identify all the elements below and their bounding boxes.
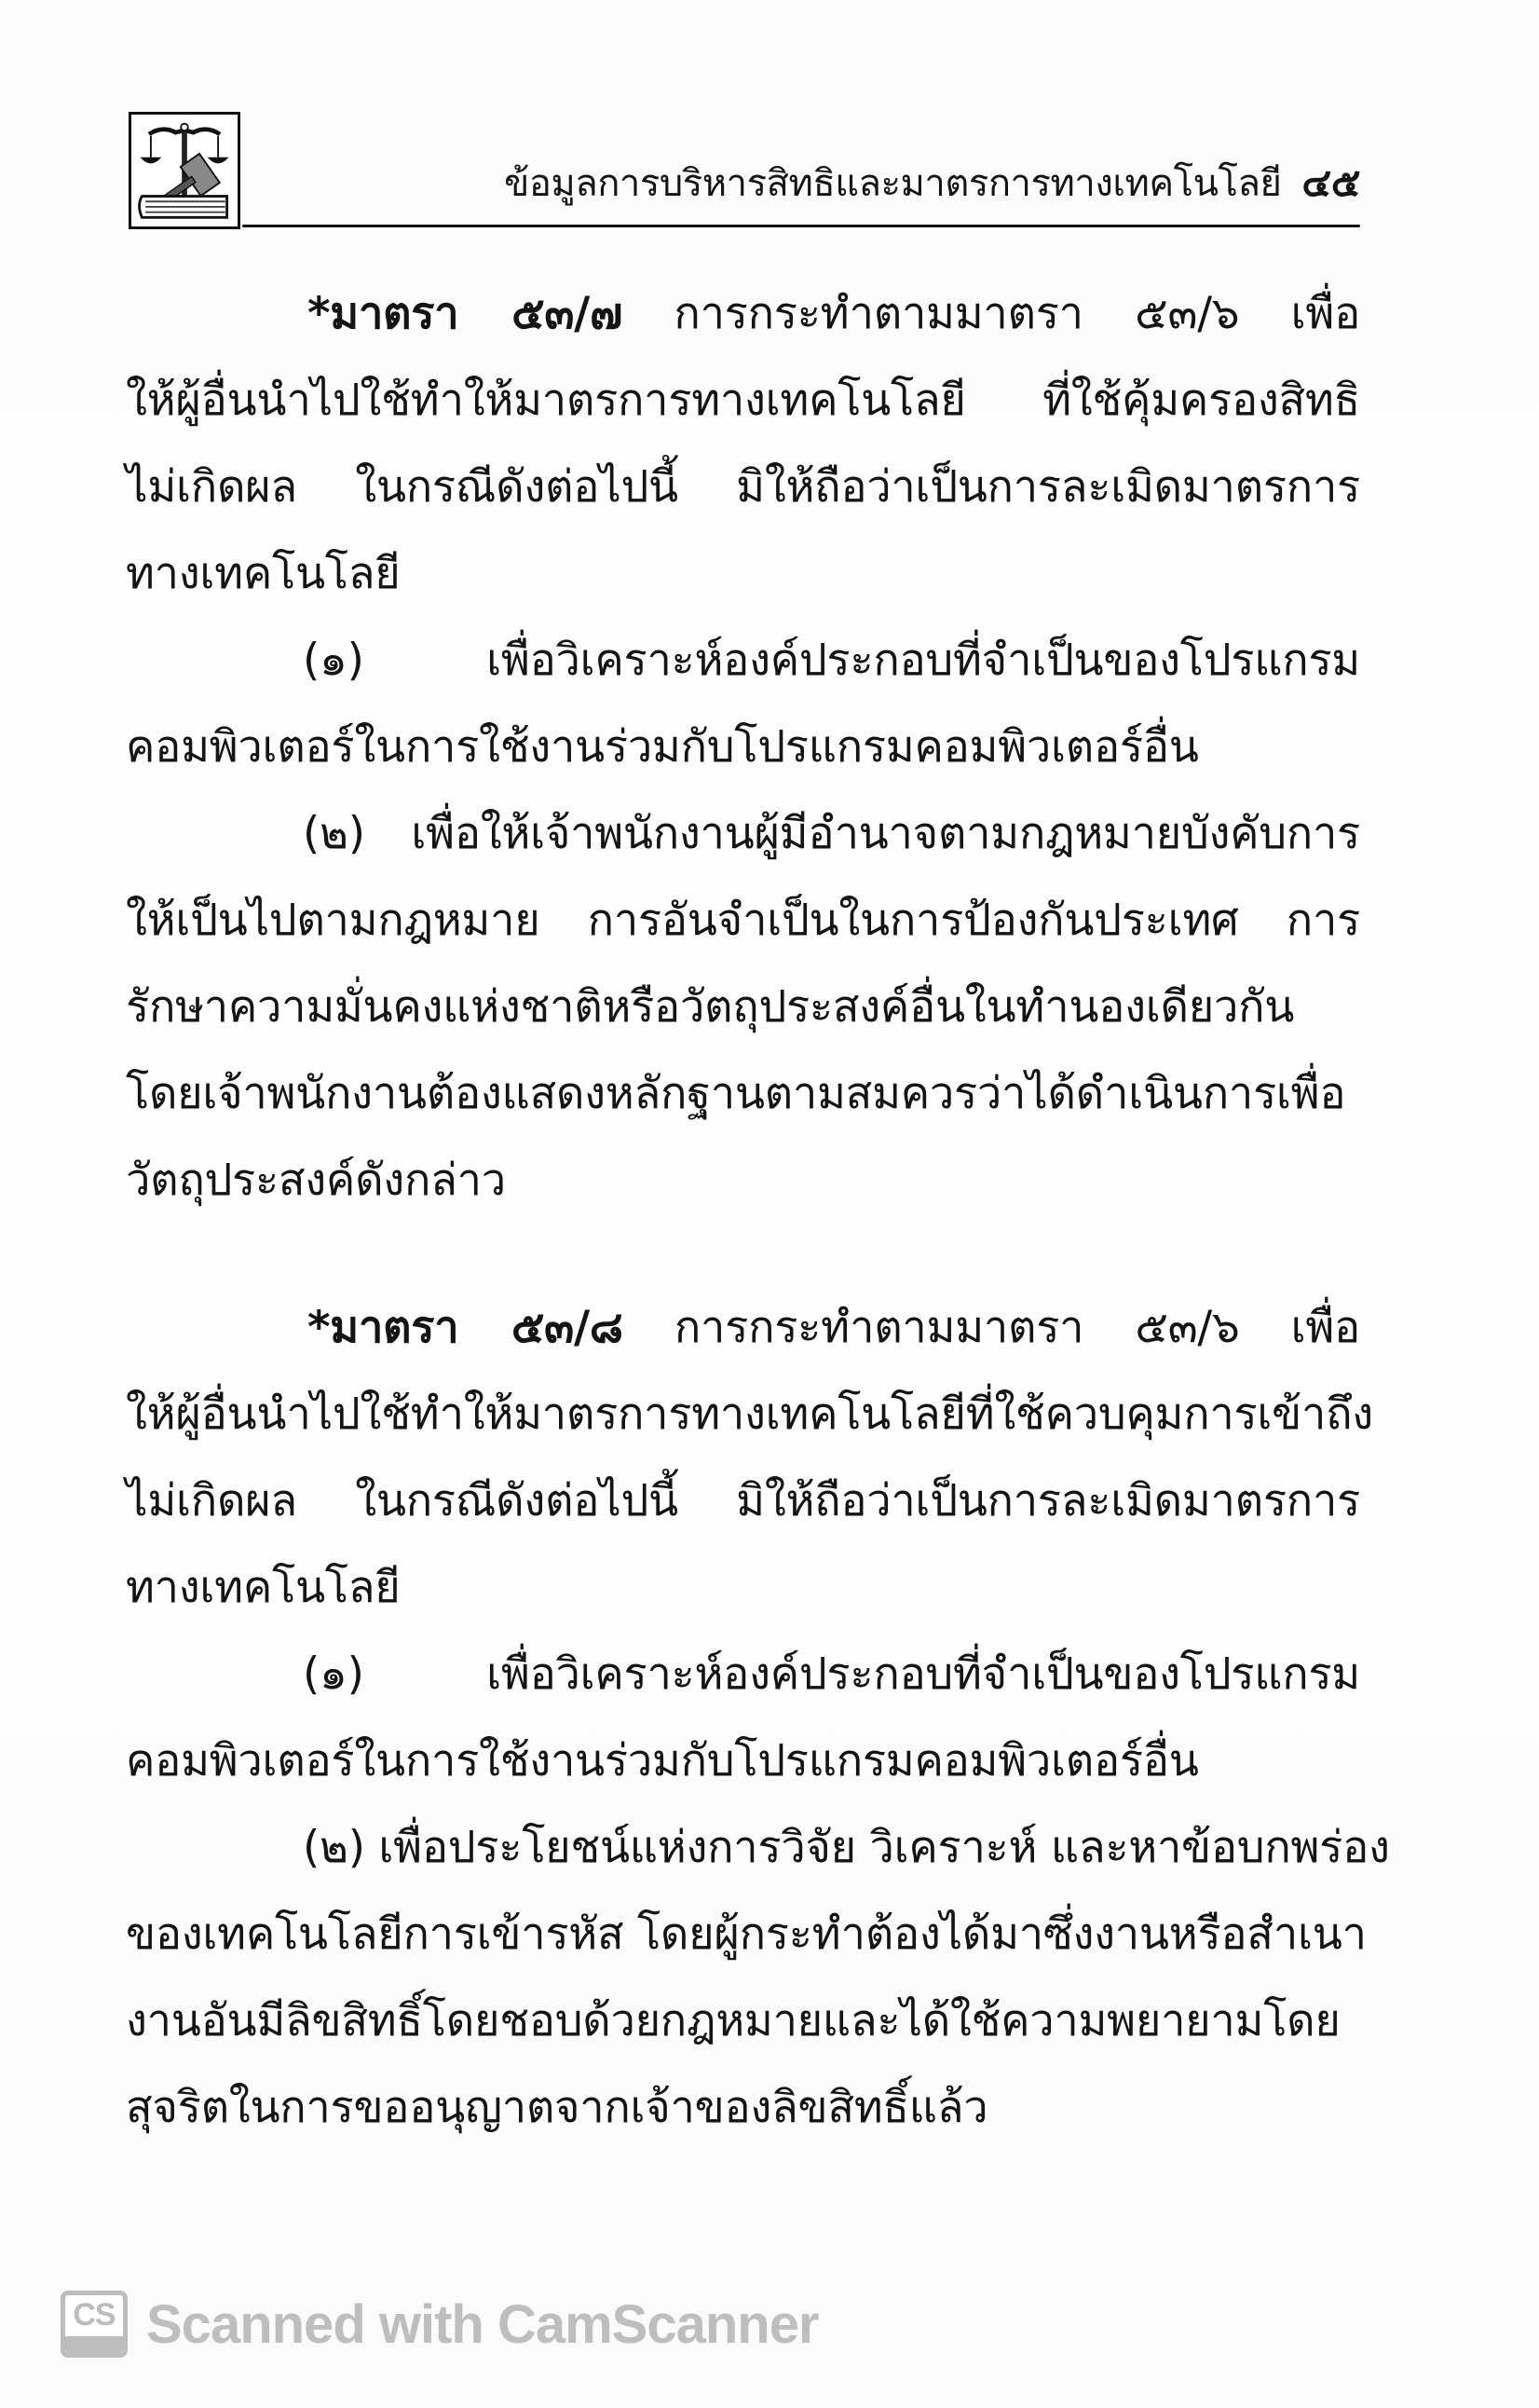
running-header: ข้อมูลการบริหารสิทธิและมาตรการทางเทคโนโล…: [504, 157, 1360, 210]
header-title: ข้อมูลการบริหารสิทธิและมาตรการทางเทคโนโล…: [504, 157, 1281, 210]
section-heading-line: *มาตรา ๕๓/๗ การกระทำตามมาตรา ๕๓/๖ เพื่อ: [126, 270, 1360, 357]
paragraph-line: โดยเจ้าพนักงานต้องแสดงหลักฐานตามสมควรว่า…: [126, 1050, 1360, 1137]
camscanner-watermark: CS Scanned with CamScanner: [61, 2291, 819, 2358]
list-item-2: (๒) เพื่อให้เจ้าพนักงานผู้มีอำนาจตามกฎหม…: [126, 790, 1360, 877]
scales-gavel-book-icon: [129, 112, 240, 229]
paragraph-line: ทางเทคโนโลยี: [126, 530, 1360, 617]
paragraph-line: ให้ผู้อื่นนำไปใช้ทำให้มาตรการทางเทคโนโลย…: [126, 1371, 1360, 1457]
scanned-page: ข้อมูลการบริหารสิทธิและมาตรการทางเทคโนโล…: [0, 0, 1539, 2408]
paragraph-line: ของเทคโนโลยีการเข้ารหัส โดยผู้กระทำต้องไ…: [126, 1891, 1360, 1977]
list-item-1: (๑) เพื่อวิเคราะห์องค์ประกอบที่จำเป็นของ…: [126, 1631, 1360, 1717]
paragraph-line: ทางเทคโนโลยี: [126, 1544, 1360, 1631]
paragraph-line: คอมพิวเตอร์ในการใช้งานร่วมกับโปรแกรมคอมพ…: [126, 704, 1360, 790]
watermark-text: Scanned with CamScanner: [146, 2293, 819, 2356]
list-item-2: (๒) เพื่อประโยชน์แห่งการวิจัย วิเคราะห์ …: [126, 1804, 1360, 1891]
paragraph-line: ไม่เกิดผล ในกรณีดังต่อไปนี้ มิให้ถือว่าเ…: [126, 444, 1360, 530]
paragraph-line: สุจริตในการขออนุญาตจากเจ้าของลิขสิทธิ์แล…: [126, 2064, 1360, 2151]
header-divider: [242, 225, 1360, 227]
list-item-1: (๑) เพื่อวิเคราะห์องค์ประกอบที่จำเป็นของ…: [126, 617, 1360, 704]
paragraph-line: ให้ผู้อื่นนำไปใช้ทำให้มาตรการทางเทคโนโลย…: [126, 357, 1360, 444]
paragraph-line: ให้เป็นไปตามกฎหมาย การอันจำเป็นในการป้อง…: [126, 877, 1360, 964]
section-heading-line: *มาตรา ๕๓/๘ การกระทำตามมาตรา ๕๓/๖ เพื่อ: [126, 1284, 1360, 1371]
section-number: *มาตรา ๕๓/๗: [307, 288, 622, 339]
paragraph-line: รักษาความมั่นคงแห่งชาติหรือวัตถุประสงค์อ…: [126, 964, 1360, 1050]
paragraph-line: งานอันมีลิขสิทธิ์โดยชอบด้วยกฎหมายและได้ใ…: [126, 1977, 1360, 2064]
camscanner-logo-icon: CS: [61, 2291, 128, 2358]
paragraph-line: วัตถุประสงค์ดังกล่าว: [126, 1137, 1360, 1224]
paragraph-line: ไม่เกิดผล ในกรณีดังต่อไปนี้ มิให้ถือว่าเ…: [126, 1457, 1360, 1544]
section-number: *มาตรา ๕๓/๘: [307, 1302, 623, 1353]
paragraph-line: คอมพิวเตอร์ในการใช้งานร่วมกับโปรแกรมคอมพ…: [126, 1717, 1360, 1804]
page-number: ๔๕: [1301, 157, 1360, 209]
